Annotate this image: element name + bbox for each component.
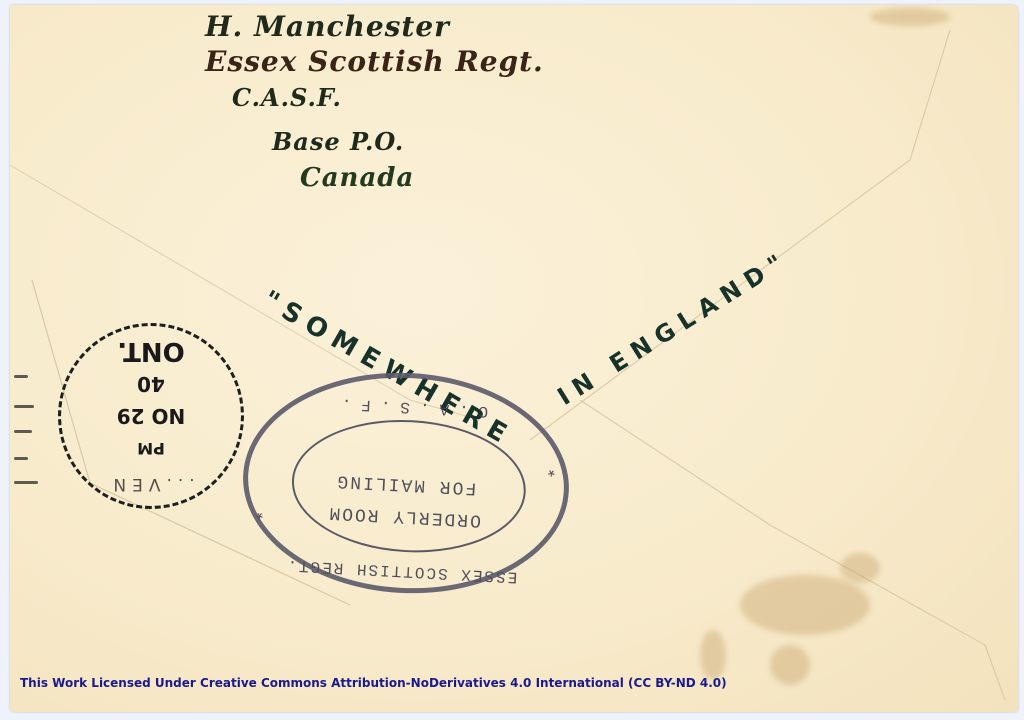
water-stain [770, 645, 810, 685]
postmark-city: ...VEN [61, 474, 241, 494]
address-line: C.A.S.F. [232, 83, 342, 112]
star-icon: * [544, 457, 558, 478]
water-stain [700, 630, 726, 680]
postmark-time: PM [61, 439, 241, 458]
cancellation-marks [14, 365, 44, 505]
postmark-date: NO 29 [61, 404, 241, 428]
postmark-year: 40 [61, 372, 241, 396]
address-line: H. Manchester [205, 10, 450, 43]
address-line: Essex Scottish Regt. [205, 45, 544, 78]
address-line: Base P.O. [272, 127, 404, 156]
water-stain [740, 575, 870, 635]
postmark-province: ONT. [61, 336, 241, 366]
address-line: Canada [300, 163, 414, 193]
star-icon: * [252, 500, 266, 521]
water-stain [840, 553, 880, 583]
license-notice: This Work Licensed Under Creative Common… [20, 676, 727, 690]
water-stain [870, 8, 950, 26]
postmark: ...VEN PM NO 29 40 ONT. [58, 323, 244, 509]
envelope-back: H. Manchester Essex Scottish Regt. C.A.S… [10, 5, 1018, 712]
